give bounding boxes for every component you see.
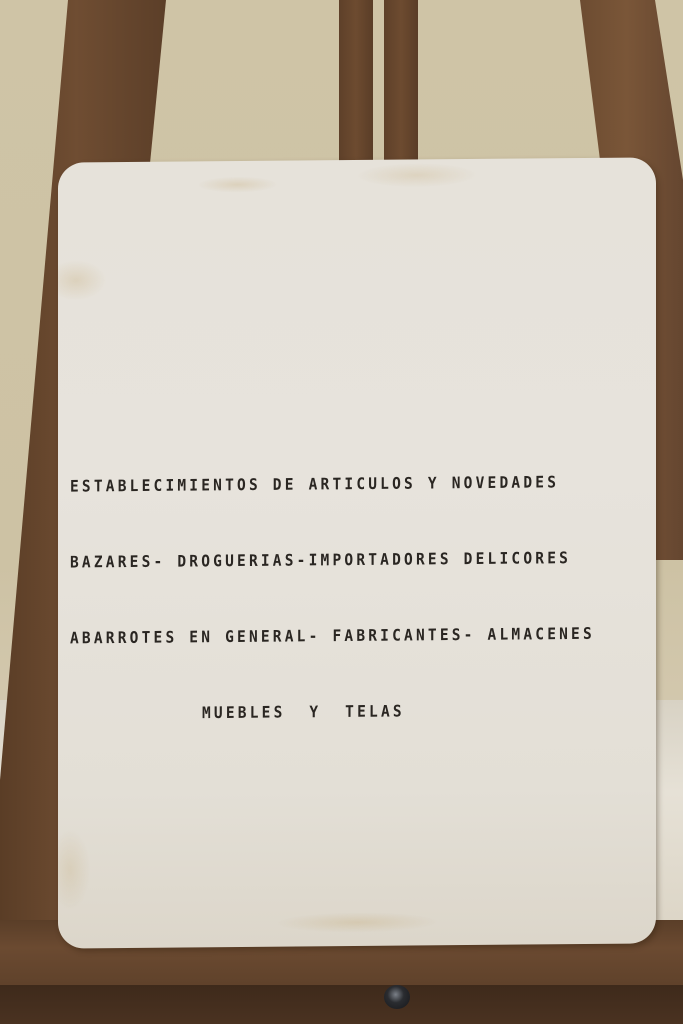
easel-center-post-right	[384, 0, 418, 170]
easel-knob	[384, 985, 410, 1009]
easel-ledge-lower	[0, 985, 683, 1024]
sign-line-1: ESTABLECIMIENTOS DE ARTICULOS Y NOVEDADE…	[70, 470, 660, 500]
sign-line-3: ABARROTES EN GENERAL- FABRICANTES- ALMAC…	[70, 622, 660, 652]
sign-text: ESTABLECIMIENTOS DE ARTICULOS Y NOVEDADE…	[70, 419, 660, 778]
sign-board: ESTABLECIMIENTOS DE ARTICULOS Y NOVEDADE…	[58, 157, 656, 948]
easel-center-post-left	[339, 0, 373, 170]
sign-line-4: MUEBLES Y TELAS	[70, 698, 660, 728]
sign-line-2: BAZARES- DROGUERIAS-IMPORTADORES DELICOR…	[70, 546, 660, 576]
